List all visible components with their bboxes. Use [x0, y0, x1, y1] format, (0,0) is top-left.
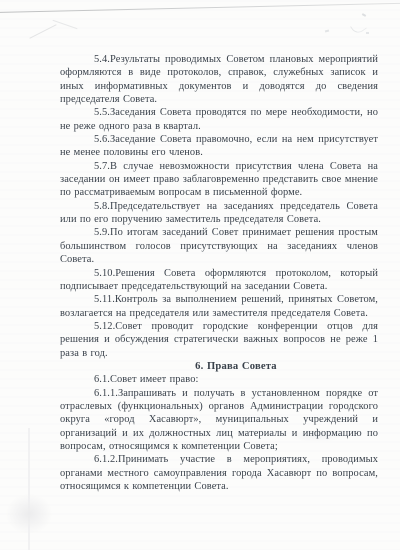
section-6-heading: 6. Права Совета: [60, 360, 378, 373]
paragraph-5-5: 5.5.Заседания Совета проводятся по мере …: [60, 106, 378, 133]
scan-artifact: [362, 13, 366, 17]
paragraph-5-8: 5.8.Председательствует на заседаниях пре…: [60, 200, 378, 227]
scanned-document-page: 5.4.Результаты проводимых Советом планов…: [0, 0, 400, 550]
paragraph-5-7: 5.7.В случае невозможности присутствия ч…: [60, 160, 378, 200]
scan-artifact: [29, 24, 56, 39]
paragraph-5-4: 5.4.Результаты проводимых Советом планов…: [60, 53, 378, 106]
scan-artifact: [28, 428, 30, 550]
scan-artifact: [350, 19, 367, 35]
paragraph-5-12: 5.12.Совет проводит городские конференци…: [60, 320, 378, 360]
scan-artifact: [6, 494, 52, 534]
document-body: 5.4.Результаты проводимых Советом планов…: [60, 53, 378, 493]
scan-artifact: [366, 32, 369, 34]
paragraph-6-1-2: 6.1.2.Принимать участие в мероприятиях, …: [60, 453, 378, 493]
scan-artifact: [53, 20, 78, 29]
paper-edge-line: [0, 3, 400, 13]
paragraph-6-1: 6.1.Совет имеет право:: [60, 373, 378, 386]
paragraph-5-9: 5.9.По итогам заседаний Совет принимает …: [60, 226, 378, 266]
paragraph-5-10: 5.10.Решения Совета оформляются протокол…: [60, 267, 378, 294]
paragraph-5-6: 5.6.Заседание Совета правомочно, если на…: [60, 133, 378, 160]
scan-artifact: [325, 30, 329, 33]
paragraph-6-1-1: 6.1.1.Запрашивать и получать в установле…: [60, 387, 378, 454]
paragraph-5-11: 5.11.Контроль за выполнением решений, пр…: [60, 293, 378, 320]
